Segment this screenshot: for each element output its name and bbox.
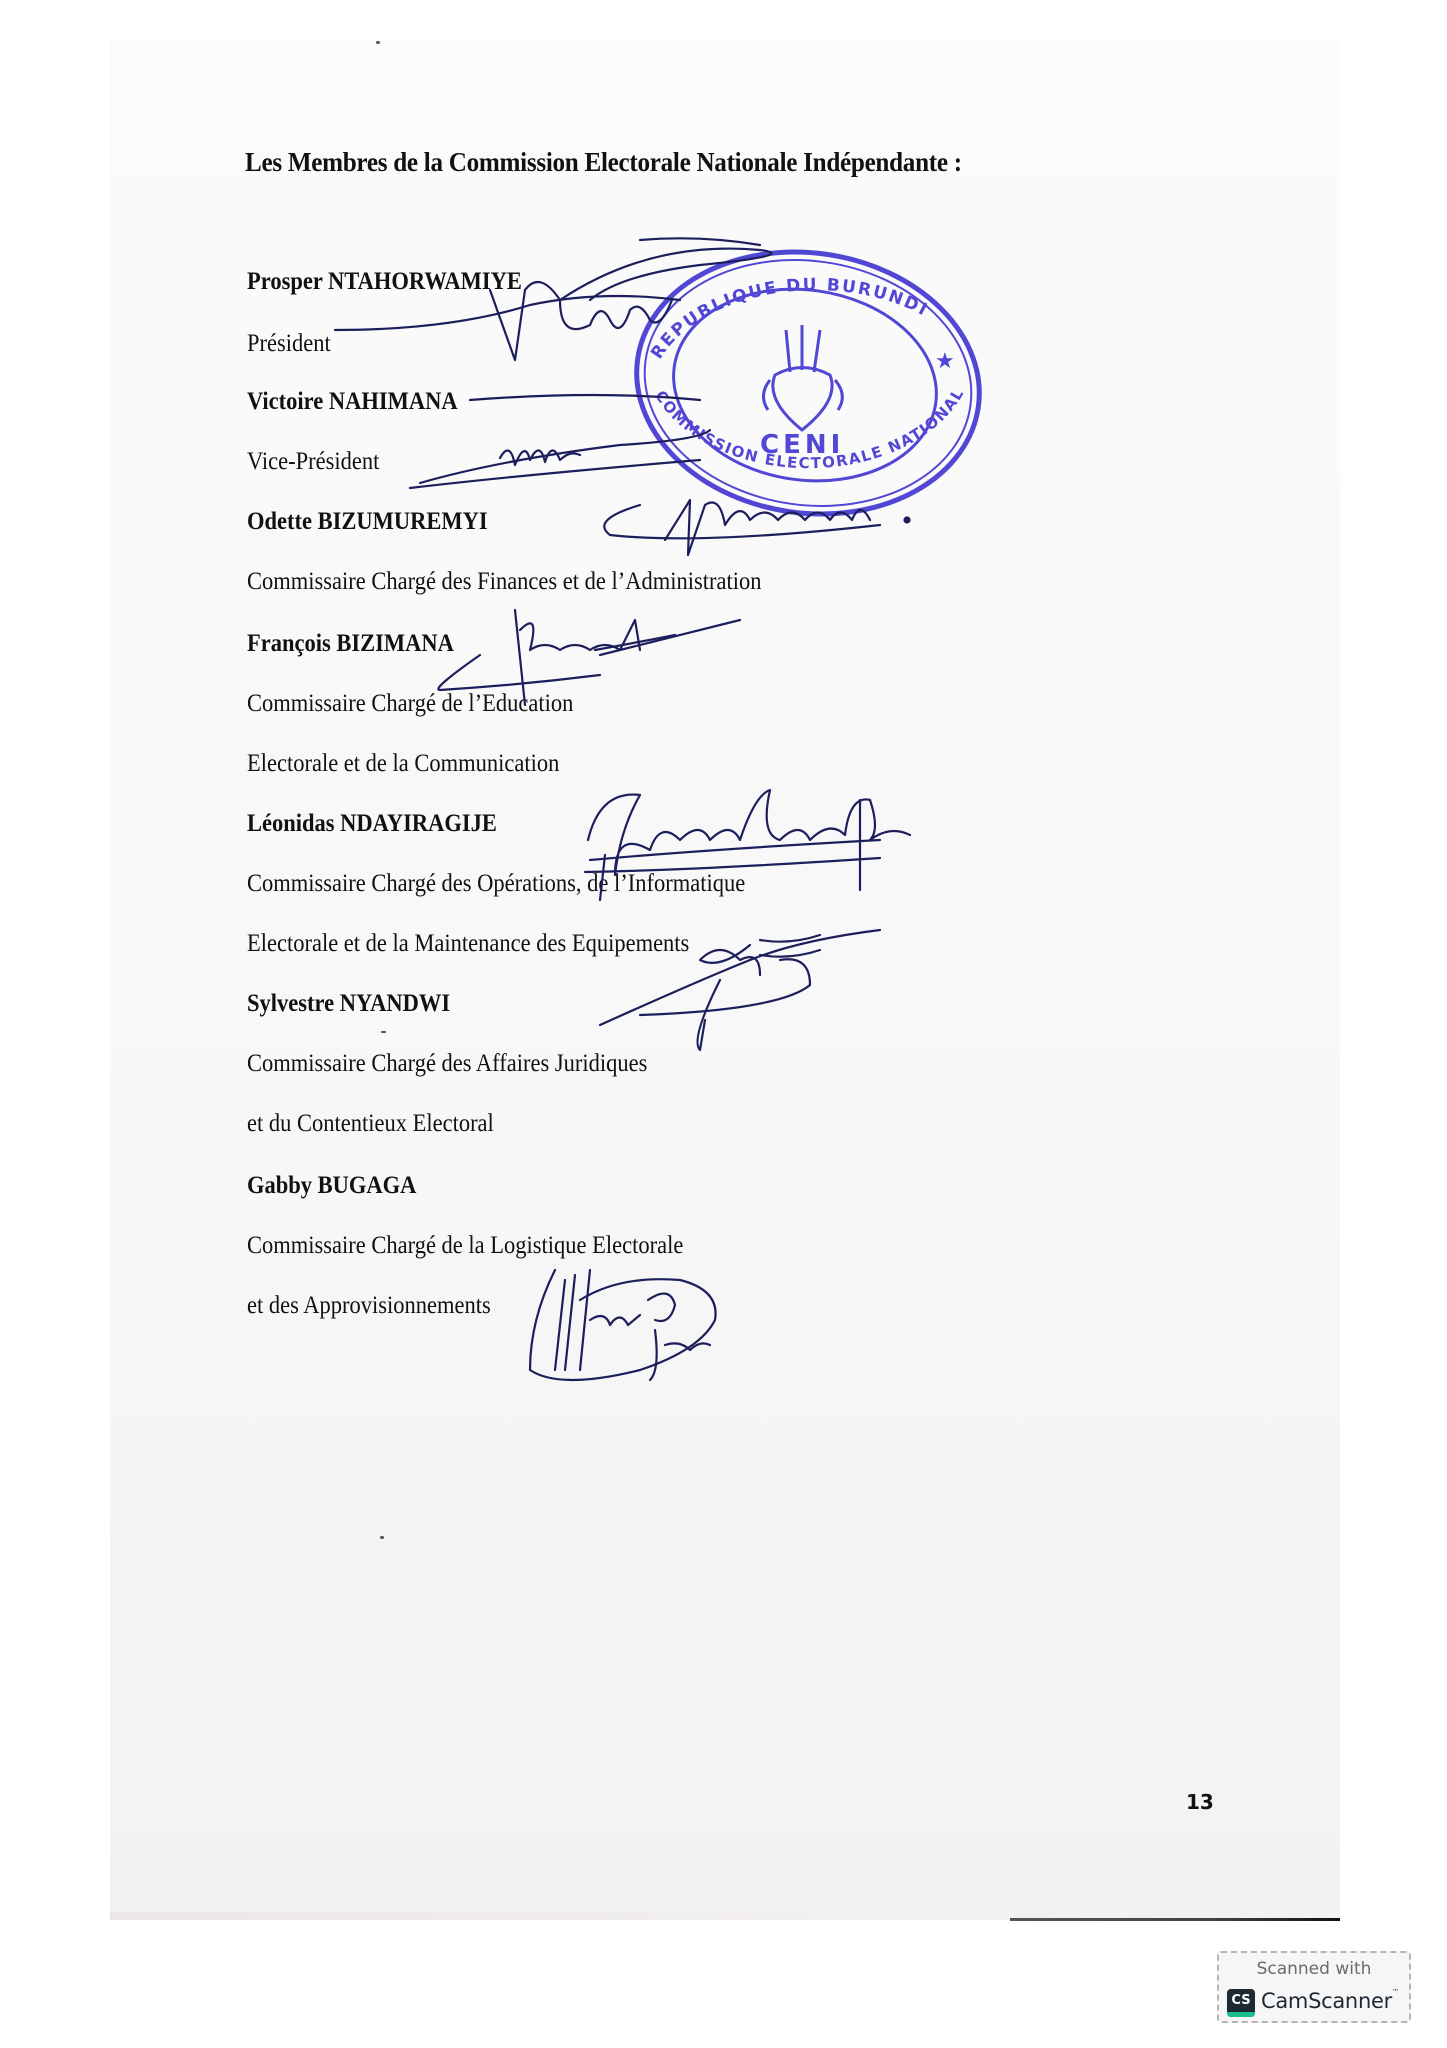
member-name-juridique: Sylvestre NYANDWI: [247, 990, 450, 1018]
member-name-logistique: Gabby BUGAGA: [247, 1172, 416, 1200]
scan-speck: [376, 41, 380, 44]
page-edge-shadow: [110, 1912, 940, 1920]
page-number: 13: [1186, 1790, 1214, 1814]
member-name-education: François BIZIMANA: [247, 630, 454, 658]
member-title-juridique-2: et du Contentieux Electoral: [247, 1110, 494, 1138]
member-title-operations-2: Electorale et de la Maintenance des Equi…: [247, 930, 689, 958]
member-title-operations-1: Commissaire Chargé des Opérations, de l’…: [247, 870, 745, 898]
member-name-operations: Léonidas NDAYIRAGIJE: [247, 810, 497, 838]
document-heading: Les Membres de la Commission Electorale …: [245, 147, 962, 178]
member-name-finances: Odette BIZUMUREMYI: [247, 508, 488, 536]
member-title-juridique-1: Commissaire Chargé des Affaires Juridiqu…: [247, 1050, 647, 1078]
member-title-logistique-2: et des Approvisionnements: [247, 1292, 491, 1320]
footer-rule: [1010, 1918, 1340, 1921]
member-title-logistique-1: Commissaire Chargé de la Logistique Elec…: [247, 1232, 683, 1260]
member-name-vice-president: Victoire NAHIMANA: [247, 388, 458, 416]
scan-speck: [381, 1031, 386, 1033]
member-title-finances: Commissaire Chargé des Finances et de l’…: [247, 568, 761, 596]
member-title-education-2: Electorale et de la Communication: [247, 750, 559, 778]
member-title-president: Président: [247, 330, 331, 358]
member-title-education-1: Commissaire Chargé de l’Education: [247, 690, 573, 718]
watermark-brand: CamScanner™: [1261, 1988, 1399, 2013]
member-title-vice-president: Vice-Président: [247, 448, 379, 476]
scanned-page: [110, 40, 1340, 1920]
camscanner-logo-icon: CS: [1227, 1989, 1255, 2017]
member-name-president: Prosper NTAHORWAMIYE: [247, 268, 522, 296]
scan-speck: [380, 1536, 384, 1539]
watermark-scanned-with: Scanned with: [1219, 1959, 1409, 1979]
watermark-brand-text: CamScanner: [1261, 1989, 1392, 2013]
trademark-symbol: ™: [1392, 1988, 1399, 1996]
camscanner-watermark: Scanned with CS CamScanner™: [1217, 1951, 1411, 2023]
